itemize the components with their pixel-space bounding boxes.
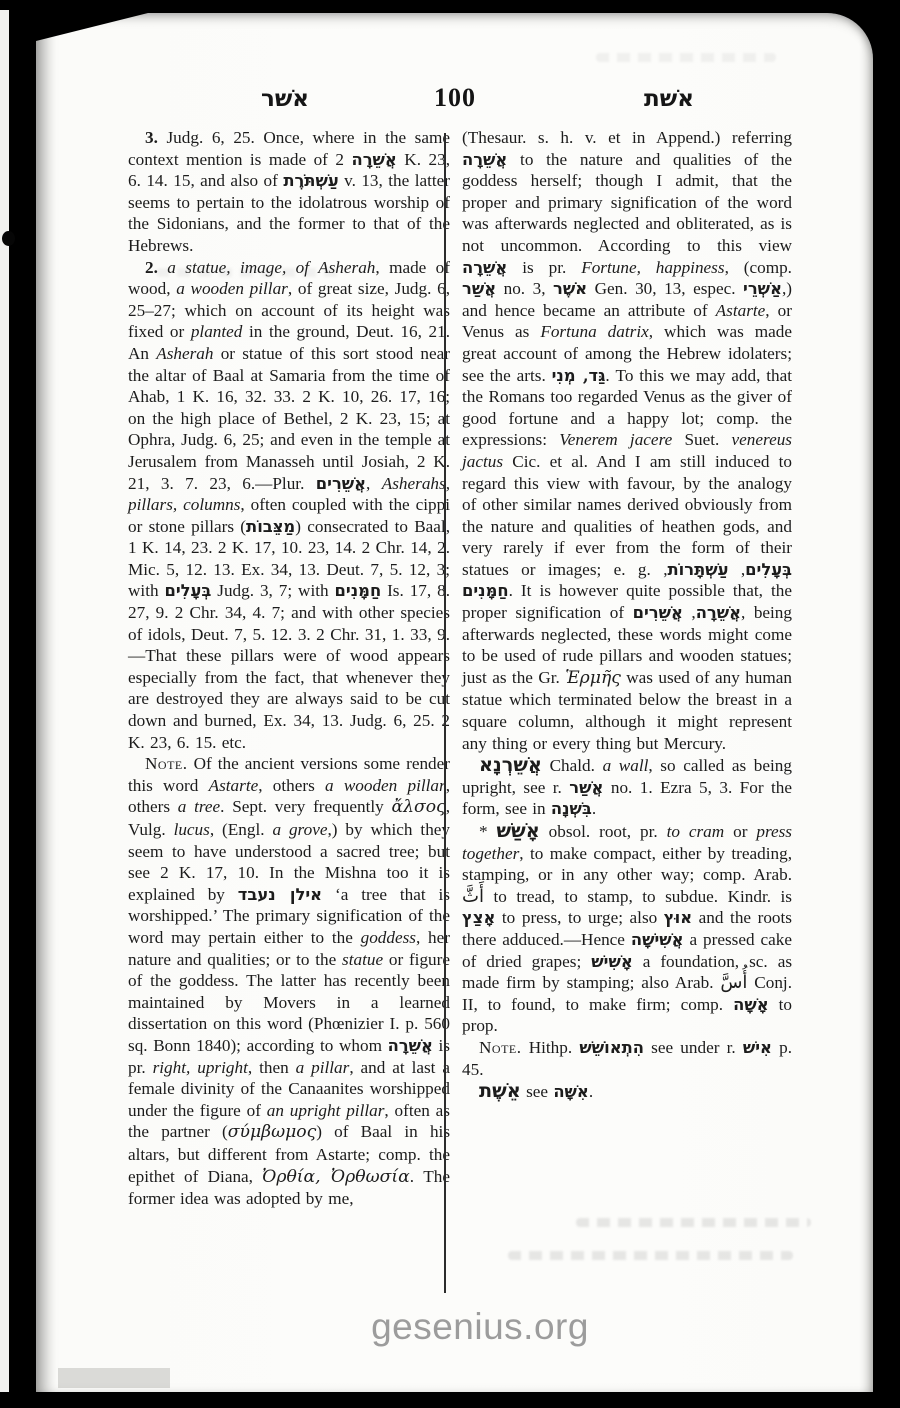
- arabic-text: أُسَّ: [720, 972, 747, 993]
- hebrew-text: חַמָּנִים: [462, 581, 509, 600]
- text-run: a wooden pillar: [325, 776, 446, 795]
- text-run: or: [724, 822, 756, 841]
- header-catchword-right: אשׁת: [609, 85, 729, 112]
- hebrew-text: בְּעָלִים: [164, 581, 211, 600]
- hebrew-headword: אָשַׁשׁ: [497, 819, 540, 842]
- small-caps-label: Note.: [479, 1038, 522, 1057]
- hebrew-text: גַּד, מְנִי: [552, 366, 606, 385]
- bleed-through-smudge: [156, 268, 346, 277]
- hebrew-text: בִּשְׁנָה: [551, 799, 592, 818]
- hebrew-text: אילן נעבד: [238, 885, 322, 904]
- text-run: Astarte: [716, 301, 766, 320]
- text-run: ,: [366, 474, 382, 493]
- paragraph: 2. a statue, image, of Asherah, made of …: [128, 257, 450, 754]
- hebrew-text: אֲשַׁר: [462, 279, 496, 298]
- text-run: Judg. 3, 7; with: [211, 581, 334, 600]
- text-run: , (comp.: [725, 258, 792, 277]
- hebrew-text: אֲשֵׁרִים: [633, 603, 683, 622]
- text-run: , then: [248, 1058, 296, 1077]
- hebrew-headword: אֲשֵׁרְנָא: [479, 753, 542, 776]
- paragraph: אֲשֵׁרְנָא Chald. a wall, so called as b…: [462, 754, 792, 820]
- paragraph: (Thesaur. s. h. v. et in Append.) referr…: [462, 127, 792, 754]
- text-run: a pillar: [296, 1058, 350, 1077]
- paragraph: אֵשֶׁת see אִשָּׁה.: [462, 1080, 792, 1103]
- hebrew-text: מַצֵּבוֹת: [246, 517, 295, 536]
- hebrew-text: הִתְאוֹשֵׁשׁ: [579, 1038, 644, 1057]
- text-run: 3.: [145, 128, 158, 147]
- greek-text: σύμβωμος: [228, 1122, 316, 1142]
- hebrew-text: אָשִׁישׁ: [591, 952, 632, 971]
- hebrew-text: אִשָּׁה: [553, 1082, 589, 1101]
- text-run: Suet.: [672, 430, 731, 449]
- binding-hole: [2, 231, 15, 246]
- text-run: . Sept. very frequently: [220, 797, 391, 816]
- text-run: to the nature and qualities of the godde…: [462, 150, 792, 255]
- text-run: no. 3,: [496, 279, 553, 298]
- text-run: right, upright: [153, 1058, 248, 1077]
- text-column-left: 3. Judg. 6, 25. Once, where in the same …: [128, 127, 450, 1210]
- text-run: a wall: [603, 756, 649, 775]
- text-run: Chald.: [542, 756, 603, 775]
- paragraph: Note. Hithp. הִתְאוֹשֵׁשׁ see under r. א…: [462, 1037, 792, 1080]
- scan-edge-sliver: [0, 10, 9, 1392]
- text-run: Is. 17, 8. 27, 9. 2 Chr. 34, 4. 7; and w…: [128, 581, 450, 751]
- hebrew-headword: אֵשֶׁת: [479, 1079, 521, 1102]
- text-run: obsol. root, pr.: [540, 822, 667, 841]
- text-run: goddess: [361, 928, 416, 947]
- text-run: Asherah: [156, 344, 213, 363]
- text-run: a grove: [272, 820, 327, 839]
- bleed-through-smudge: [596, 53, 776, 62]
- paragraph: 3. Judg. 6, 25. Once, where in the same …: [128, 127, 450, 257]
- hebrew-text: עַשְׁתָּרוֹת: [667, 560, 728, 579]
- text-run: *: [479, 822, 497, 841]
- text-run: is pr.: [507, 258, 581, 277]
- scan-corner-shadow: [36, 13, 148, 41]
- text-run: Fortuna datrix: [540, 322, 648, 341]
- greek-text: Ὀρθία, Ὀρθωσία: [262, 1167, 409, 1187]
- text-run: statue: [342, 950, 383, 969]
- text-run: .: [589, 1082, 593, 1101]
- hebrew-text: בְּעָלִים: [745, 560, 792, 579]
- text-run: to tread, to stamp, to subdue. Kindr. is: [484, 887, 792, 906]
- greek-text: ἄλσος: [391, 797, 445, 817]
- text-run: , others: [258, 776, 325, 795]
- text-run: ,: [683, 603, 696, 622]
- greek-text: Ἑρμῆς: [565, 668, 621, 688]
- arabic-text: أَثَّ: [462, 886, 484, 907]
- hebrew-text: חַמָּנִים: [335, 581, 382, 600]
- text-run: see under r.: [644, 1038, 743, 1057]
- hebrew-text: אֲשֵׁרָה: [351, 150, 396, 169]
- text-run: planted: [191, 322, 243, 341]
- hebrew-text: אֲשֵׁרָה: [388, 1036, 433, 1055]
- text-column-right: (Thesaur. s. h. v. et in Append.) referr…: [462, 127, 792, 1103]
- hebrew-text: אִישׁ: [743, 1038, 772, 1057]
- text-run: a tree: [178, 797, 220, 816]
- paragraph: Note. Of the ancient versions some rende…: [128, 753, 450, 1209]
- bleed-through-smudge: [508, 1251, 793, 1260]
- text-run: .: [592, 799, 596, 818]
- text-run: an upright pillar: [267, 1101, 385, 1120]
- scanned-page: אשׁר 100 אשׁת 3. Judg. 6, 25. Once, wher…: [36, 13, 873, 1392]
- small-caps-label: Note.: [145, 754, 188, 773]
- hebrew-text: עַשְׁתֹּרֶת: [283, 171, 338, 190]
- hebrew-text: אֲשֵׁרִים: [316, 474, 366, 493]
- text-run: Hithp.: [522, 1038, 580, 1057]
- text-run: to cram: [667, 822, 725, 841]
- paragraph: * אָשַׁשׁ obsol. root, pr. to cram or pr…: [462, 820, 792, 1037]
- header-catchword-left: אשׁר: [225, 85, 345, 112]
- hebrew-text: אוּץ: [664, 908, 692, 927]
- scan-artifact: [58, 1368, 170, 1388]
- text-run: , (Engl.: [210, 820, 273, 839]
- text-run: Gen. 30, 13, espec.: [587, 279, 743, 298]
- hebrew-text: אֲשֵׁרָה: [462, 150, 507, 169]
- page-number: 100: [405, 83, 505, 113]
- hebrew-text: אֲשֵׁרָה: [462, 258, 507, 277]
- text-run: Fortune, happiness: [581, 258, 724, 277]
- text-run: (Thesaur. s. h. v. et in Append.) referr…: [462, 128, 792, 147]
- hebrew-text: אֲשֵׁרָה: [696, 603, 741, 622]
- hebrew-text: אֲשַׁר: [569, 778, 603, 797]
- hebrew-text: אָצַץ: [462, 908, 495, 927]
- text-run: to press, to urge; also: [495, 908, 663, 927]
- column-divider-rule: [444, 133, 446, 1293]
- watermark: gesenius.org: [280, 1306, 680, 1348]
- text-run: a wooden pillar: [176, 279, 288, 298]
- text-run: Venerem jacere: [559, 430, 672, 449]
- hebrew-text: אָשָׁה: [733, 995, 769, 1014]
- text-run: see: [521, 1082, 554, 1101]
- bleed-through-smudge: [576, 1218, 811, 1227]
- text-run: lucus: [174, 820, 210, 839]
- text-run: ,: [728, 560, 745, 579]
- text-run: or statue of this sort stood near the al…: [128, 344, 450, 493]
- hebrew-text: אֲשִׁישָׁה: [631, 930, 684, 949]
- hebrew-text: אֹשֶׁר: [553, 279, 587, 298]
- hebrew-text: אַשְׁרֵי: [743, 279, 782, 298]
- text-run: Astarte: [209, 776, 259, 795]
